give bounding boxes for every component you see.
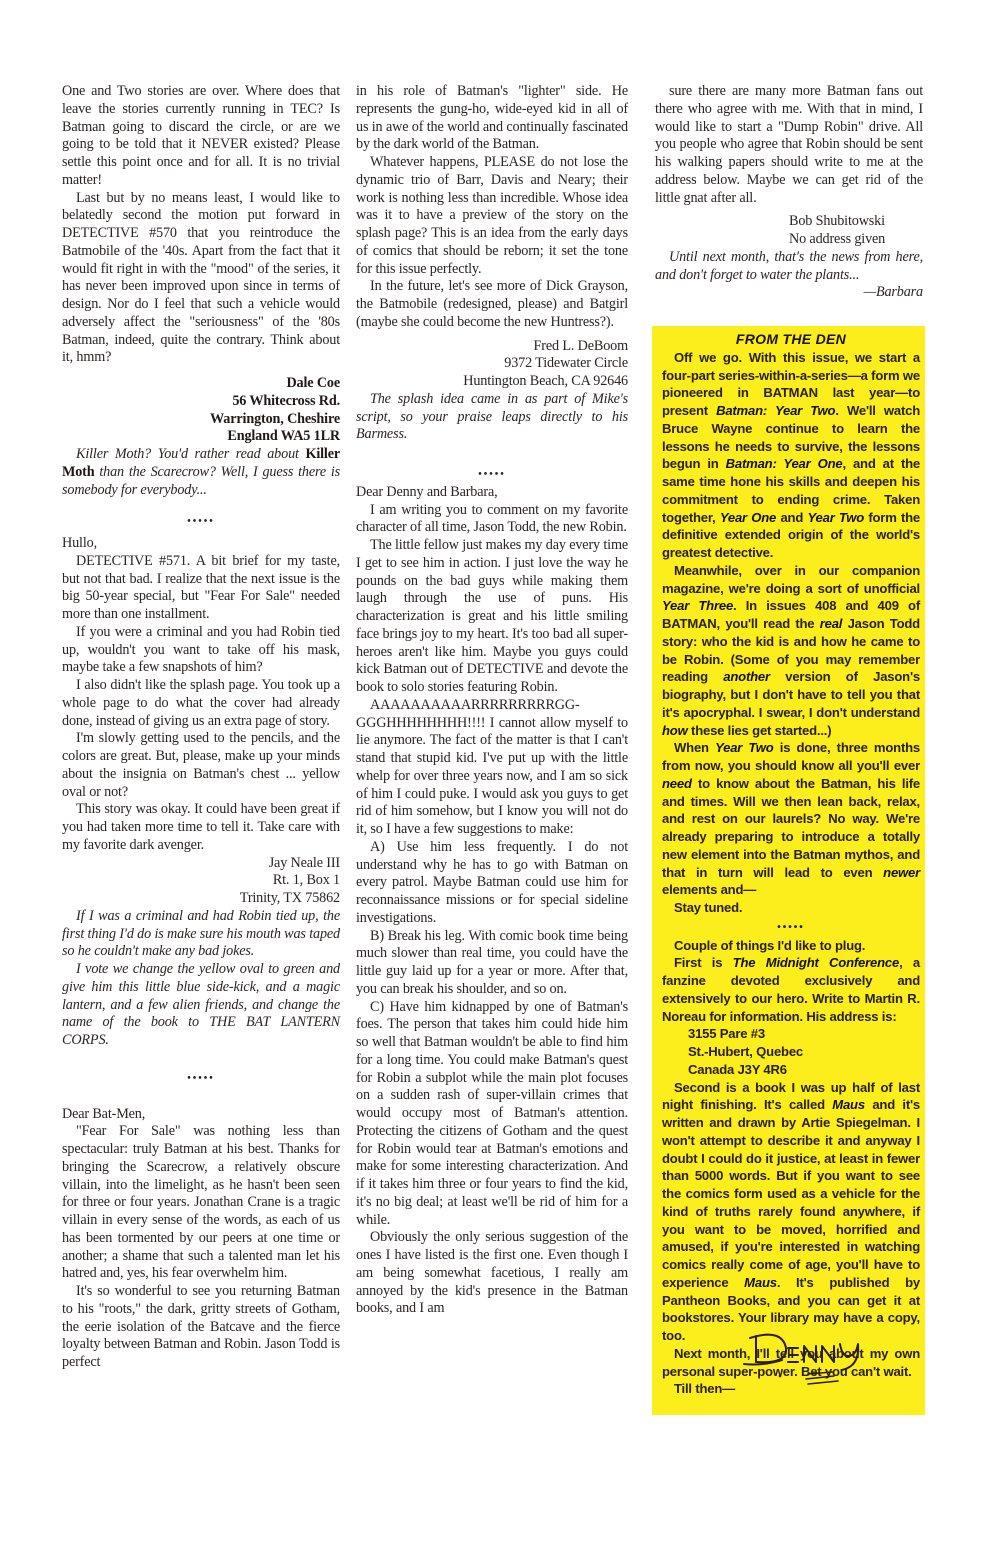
letter-greeting: Hullo, — [62, 535, 340, 553]
letter-paragraph: DETECTIVE #571. A bit brief for my taste… — [62, 553, 340, 624]
editor-closing: Until next month, that's the news from h… — [655, 249, 923, 285]
den-paragraph: Off we go. With this issue, we start a f… — [662, 349, 920, 562]
middle-column: in his role of Batman's "lighter" side. … — [356, 83, 628, 1318]
letter-paragraph: I also didn't like the splash page. You … — [62, 677, 340, 730]
editor-reply: The splash idea came in as part of Mike'… — [356, 391, 628, 444]
letter-paragraph: Obviously the only serious suggestion of… — [356, 1229, 628, 1318]
letter-paragraph: Last but by no means least, I would like… — [62, 190, 340, 368]
den-paragraph: Stay tuned. — [662, 899, 920, 917]
letter-greeting: Dear Bat-Men, — [62, 1106, 340, 1124]
editor-closing-signature: —Barbara — [655, 284, 923, 302]
signature-icon — [742, 1330, 902, 1390]
from-the-den-content: FROM THE DEN Off we go. With this issue,… — [662, 331, 920, 1398]
den-paragraph: Couple of things I'd like to plug. — [662, 937, 920, 955]
letter-paragraph: in his role of Batman's "lighter" side. … — [356, 83, 628, 154]
section-divider: ••••• — [62, 513, 340, 531]
letter-paragraph: I'm slowly getting used to the pencils, … — [62, 730, 340, 801]
denny-signature — [742, 1330, 902, 1390]
letter-paragraph: This story was okay. It could have been … — [62, 801, 340, 854]
mailing-address: 3155 Pare #3 St.-Hubert, Quebec Canada J… — [662, 1025, 920, 1078]
right-column: sure there are many more Batman fans out… — [655, 83, 923, 302]
letter-signature: Bob Shubitowski No address given — [655, 213, 923, 249]
editor-reply: I vote we change the yellow oval to gree… — [62, 961, 340, 1050]
letter-greeting: Dear Denny and Barbara, — [356, 484, 628, 502]
editor-reply: If I was a criminal and had Robin tied u… — [62, 908, 340, 961]
letter-paragraph: If you were a criminal and you had Robin… — [62, 624, 340, 677]
letter-paragraph: In the future, let's see more of Dick Gr… — [356, 278, 628, 331]
den-paragraph: Meanwhile, over in our companion magazin… — [662, 562, 920, 740]
den-paragraph: When Year Two is done, three months from… — [662, 739, 920, 899]
letter-paragraph: A) Use him less frequently. I do not und… — [356, 839, 628, 928]
den-paragraph: First is The Midnight Conference, a fanz… — [662, 954, 920, 1025]
section-divider: ••••• — [662, 919, 920, 937]
editor-reply: Killer Moth? You'd rather read about Kil… — [62, 446, 340, 499]
den-paragraph: Second is a book I was up half of last n… — [662, 1079, 920, 1345]
letter-signature: Jay Neale III Rt. 1, Box 1 Trinity, TX 7… — [62, 855, 340, 908]
letter-paragraph: I am writing you to comment on my favori… — [356, 502, 628, 538]
section-divider: ••••• — [356, 466, 628, 484]
letter-paragraph: B) Break his leg. With comic book time b… — [356, 928, 628, 999]
section-title: FROM THE DEN — [662, 331, 920, 349]
letter-paragraph: sure there are many more Batman fans out… — [655, 83, 923, 207]
letter-signature: Dale Coe 56 Whitecross Rd. Warrington, C… — [62, 375, 340, 446]
letter-paragraph: AAAAAAAAAARRRRRRRRRGG-GGGHHHHHHHH!!!! I … — [356, 697, 628, 839]
letter-paragraph: Whatever happens, PLEASE do not lose the… — [356, 154, 628, 278]
letter-paragraph: The little fellow just makes my day ever… — [356, 537, 628, 697]
letter-paragraph: C) Have him kidnapped by one of Batman's… — [356, 999, 628, 1230]
letter-signature: Fred L. DeBoom 9372 Tidewater Circle Hun… — [356, 338, 628, 391]
letter-paragraph: One and Two stories are over. Where does… — [62, 83, 340, 190]
left-column: One and Two stories are over. Where does… — [62, 83, 340, 1372]
section-divider: ••••• — [62, 1070, 340, 1088]
letter-paragraph: It's so wonderful to see you returning B… — [62, 1283, 340, 1372]
letter-paragraph: "Fear For Sale" was nothing less than sp… — [62, 1123, 340, 1283]
